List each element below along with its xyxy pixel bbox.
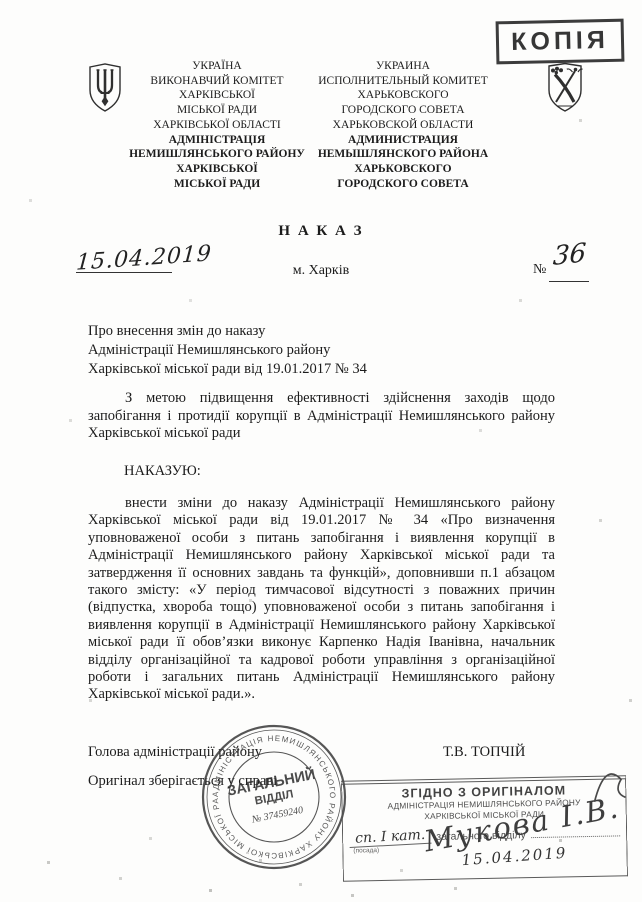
scanned-order-document: КОПІЯ УКРАЇНА ВИКОНАВЧИЙ КОМІТЕТ ХАРКІВС… bbox=[0, 0, 642, 902]
position-handwritten: сп. І кат. bbox=[349, 827, 432, 848]
subject-line: Харківської міської ради від 19.01.2017 … bbox=[88, 360, 367, 379]
order-subject: Про внесення змін до наказу Адміністраці… bbox=[88, 322, 367, 379]
letterhead-line: ХАРЬКОВСКОГО bbox=[300, 162, 506, 177]
letterhead-line: АДМІНІСТРАЦІЯ bbox=[114, 133, 320, 148]
letterhead-line: ИСПОЛНИТЕЛЬНЫЙ КОМИТЕТ bbox=[300, 74, 506, 89]
order-number-underline bbox=[549, 281, 589, 282]
order-number-label: № bbox=[533, 262, 546, 278]
letterhead-russian: УКРАИНА ИСПОЛНИТЕЛЬНЫЙ КОМИТЕТ ХАРЬКОВСК… bbox=[300, 59, 506, 191]
letterhead-line: МІСЬКОЇ РАДИ bbox=[114, 103, 320, 118]
scan-noise bbox=[0, 0, 1, 1]
letterhead-line: ХАРКІВСЬКОЇ bbox=[114, 88, 320, 103]
subject-line: Адміністрації Немишлянського району bbox=[88, 341, 367, 360]
letterhead-line: ГОРОДСКОГО СОВЕТА bbox=[300, 103, 506, 118]
letterhead-line: УКРАЇНА bbox=[114, 59, 320, 74]
letterhead-line: МІСЬКОЇ РАДИ bbox=[114, 177, 320, 192]
kharkiv-coat-of-arms-icon bbox=[545, 62, 585, 118]
letterhead-line: УКРАИНА bbox=[300, 59, 506, 74]
round-seal: АДМІНІСТРАЦІЯ НЕМИШЛЯНСЬКОГО РАЙОНУ ХАРК… bbox=[198, 721, 350, 878]
order-number-handwritten: 36 bbox=[552, 238, 587, 272]
resolution-word: НАКАЗУЮ: bbox=[124, 463, 201, 480]
letterhead-line: НЕМИШЛЯНСЬКОГО РАЙОНУ bbox=[114, 147, 320, 162]
copy-stamp-label: КОПІЯ bbox=[511, 26, 609, 57]
letterhead-line: ХАРЬКОВСКОЙ ОБЛАСТИ bbox=[300, 118, 506, 133]
order-title: Н А К А З bbox=[0, 223, 642, 240]
letterhead-ukrainian: УКРАЇНА ВИКОНАВЧИЙ КОМІТЕТ ХАРКІВСЬКОЇ М… bbox=[114, 59, 320, 191]
letterhead-line: ГОРОДСКОГО СОВЕТА bbox=[300, 177, 506, 192]
seal-number: № 37459240 bbox=[250, 805, 304, 826]
letterhead-line: АДМИНИСТРАЦИЯ bbox=[300, 133, 506, 148]
letterhead-line: ВИКОНАВЧИЙ КОМІТЕТ bbox=[114, 74, 320, 89]
signatory-name: Т.В. ТОПЧІЙ bbox=[443, 744, 525, 761]
letterhead-line: НЕМЫШЛЯНСКОГО РАЙОНА bbox=[300, 147, 506, 162]
signature-flourish bbox=[589, 765, 630, 808]
certification-stamp: ЗГІДНО З ОРИГІНАЛОМ АДМІНІСТРАЦІЯ НЕМИШЛ… bbox=[341, 775, 628, 881]
copy-stamp: КОПІЯ bbox=[496, 19, 625, 65]
letterhead-line: ХАРКІВСЬКОЇ bbox=[114, 162, 320, 177]
subject-line: Про внесення змін до наказу bbox=[88, 322, 367, 341]
letterhead-line: ХАРКІВСЬКОЇ ОБЛАСТІ bbox=[114, 118, 320, 133]
order-preamble: З метою підвищення ефективності здійснен… bbox=[88, 390, 555, 443]
letterhead-line: ХАРЬКОВСКОГО bbox=[300, 88, 506, 103]
order-body: внести зміни до наказу Адміністрації Нем… bbox=[88, 495, 555, 704]
